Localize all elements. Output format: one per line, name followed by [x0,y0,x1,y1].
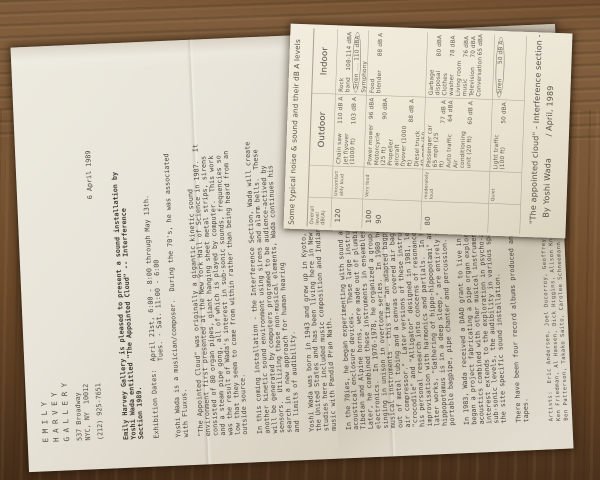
entry-value: 50 dB A [497,40,504,64]
entry-name: Conversation [475,57,483,97]
letterhead-gallery-name: E M I L YH A R V E YG A L L E R Y [38,383,72,443]
category-cell: Quiet [489,172,522,205]
entry-name: Garbage disposal [428,58,442,96]
table-entry: Propeller aircraft flyover (1000 ft)88 d… [387,98,415,166]
outdoor-cell: Chain saw110 dB AJet flyover (1000 ft)10… [333,94,366,167]
entry-name: Clothes washer [441,58,455,96]
empty-header-cell [309,165,333,198]
level-cell: 120 [331,198,363,228]
text-line: G A L L E R Y [59,383,72,442]
level-column-header: OverallleveldB(A) [308,197,332,227]
entry-value: 96 dBA [368,97,375,119]
entry-name: Siren [352,73,359,89]
indoor-cell: Food blender88 dB A [366,30,427,97]
outdoor-cell: Power mower96 dBAMotorcycle (25 ft)90 dB… [364,95,425,169]
entry-value: 88 dB A [377,33,384,57]
entry-value: 108-114 dBA [345,32,353,71]
entry-value: 78 dBA [449,35,456,57]
entry-value: 110 dB A [337,96,344,124]
category-cell: Very loud [363,167,423,201]
indoor-cell: Garbage disposal80 dBAClothes washer78 d… [425,32,494,99]
indoor-column-header: Indoor [312,28,337,94]
table-entry: Conversation65 dBA [475,36,484,97]
table-entry: Air conditioning unit (20 ft)60 dB A [452,100,474,168]
entry-value: 80 dBA [436,35,443,57]
letterhead-phone: (212) 925-7651 [94,383,104,440]
entry-name: Food blender [369,57,383,93]
circled-entry: Siren50 dB A [495,37,506,98]
level-cell [487,204,520,234]
entry-name: Air conditioning unit (20 ft) [452,125,473,168]
entry-value: 60 dB A [467,101,474,125]
table-entry: Light traffic (100 ft)50 dBA [492,102,507,170]
level-cell: 80 [421,201,489,232]
entry-value: 64 dBA [447,100,454,122]
text-line: NYC, NY 10012 [82,384,93,441]
entry-value: 90 dBA [381,98,388,120]
entry-name: Living room music [455,59,469,97]
db-levels-note-card: Some typical noise & sound and their dB … [284,24,573,239]
table-entry: Passenger car 65 mph (25 ft)77 dB A [425,99,447,167]
category-cell: moderately loud [422,169,490,203]
outdoor-column-header: Outdoor [310,93,335,166]
entry-value: 88 dB A [408,99,415,123]
entry-name: Rock band [338,72,352,92]
level-cell: 10090 [362,199,422,230]
card-title: Some typical noise & sound and their dB … [288,39,302,225]
dotted-leader [358,63,359,71]
db-levels-table: OverallleveldB(A)OutdoorIndoor120Uncomfo… [307,28,527,233]
table-entry: Jet flyover (1000 ft)103 dB A [342,97,357,165]
card-attribution-line2: By Yoshi Wada / April, 1989 [541,85,555,217]
entry-name: Light traffic (100 ft) [492,125,507,170]
letter-date: 6 April 1989 [84,150,94,199]
letterhead-address: 537 BroadwayNYC, NY 10012 [73,384,92,442]
entry-name: Jet flyover (1000 ft) [342,125,356,164]
indoor-cell: Siren50 dB A [492,35,526,101]
photo-of-documents-on-wood-table: E M I L YH A R V E YG A L L E R Y 537 Br… [0,0,600,480]
entry-value: 110 dBA [353,35,360,61]
table-entry: Food blender88 dB A [369,32,384,93]
entry-value: 103 dB A [350,97,357,125]
entry-name: Propeller aircraft flyover (1000 ft) [387,123,414,166]
outdoor-cell: Light traffic (100 ft)50 dBA [490,100,524,173]
entry-value: 50 dBA [500,102,507,124]
outdoor-cell: Passenger car 65 mph (25 ft)77 dB AAuto … [423,97,492,171]
entry-value: 65 dBA [477,34,484,56]
entry-name: Siren [496,78,503,94]
category-cell: Uncomfortably loud [332,166,364,199]
indoor-cell: Rock band108-114 dBASiren110 dBASymphony… [335,29,368,95]
entry-name: Passenger car 65 mph (25 ft) [425,125,446,168]
table-entry: Rock band108-114 dBA [338,31,353,92]
